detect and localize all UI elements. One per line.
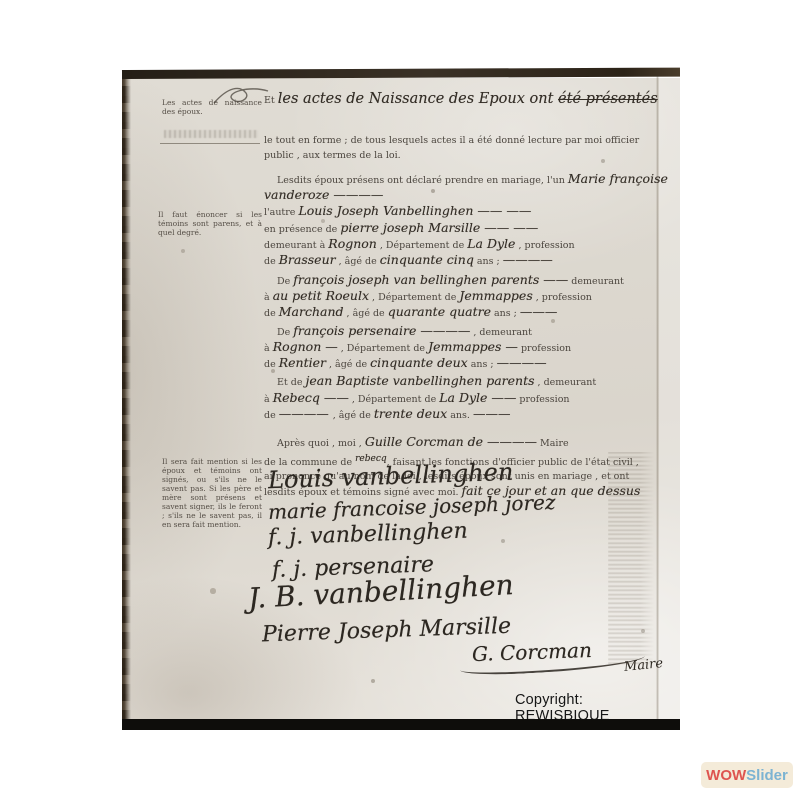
document-line: Lesdits époux présens ont déclaré prendr… — [264, 172, 668, 188]
margin-note-temoins: Il faut énoncer si les témoins sont pare… — [158, 210, 262, 237]
handwritten-text: Marie françoise — [568, 171, 668, 186]
handwritten-text: Rentier — [279, 355, 326, 370]
document-line: Après quoi , moi , Guille Corcman de ———… — [264, 435, 668, 451]
document-line: de Rentier , âgé de cinquante deux ans ;… — [264, 356, 668, 372]
printed-text: de — [264, 308, 279, 319]
handwritten-text: les actes de Naissance des Epoux ont — [278, 91, 558, 107]
printed-text: profession — [516, 394, 569, 405]
document-scan: Les actes de naissance des époux. Il fau… — [122, 70, 680, 730]
document-line: de ———— , âgé de trente deux ans. ——— — [264, 407, 668, 423]
printed-text: , âgé de — [333, 410, 374, 421]
handwritten-text: ———— — [279, 406, 333, 421]
handwritten-text: trente deux — [374, 406, 447, 421]
printed-text: profession — [518, 343, 571, 354]
handwritten-text: Marchand — [279, 304, 344, 319]
document-line: public , aux termes de la loi. — [264, 149, 668, 163]
handwritten-text: La Dyle —— — [439, 390, 516, 405]
handwritten-text: jean Baptiste vanbellinghen parents — [306, 373, 535, 388]
handwritten-text: Rognon — — [273, 339, 338, 354]
document-line: De françois persenaire ———— , demeurant — [264, 324, 668, 340]
document-line: en présence de pierre joseph Marsille ——… — [264, 221, 668, 237]
printed-text: à — [264, 394, 273, 405]
printed-text: public , aux termes de la loi. — [264, 150, 401, 161]
document-line: vanderoze ———— — [264, 188, 668, 204]
watermark-slider: Slider — [746, 767, 788, 784]
printed-text: Lesdits époux présens ont déclaré prendr… — [277, 175, 568, 186]
printed-text: De — [277, 276, 293, 287]
printed-text: Et — [264, 95, 278, 106]
paper-ragged-edge — [122, 70, 131, 730]
printed-text: , Département de — [349, 394, 439, 405]
printed-text: De — [277, 327, 293, 338]
printed-text: ans ; — [491, 308, 520, 319]
document-line: à au petit Roeulx , Département de Jemma… — [264, 289, 668, 305]
document-line: demeurant à Rognon , Département de La D… — [264, 237, 668, 253]
printed-text: l'autre — [264, 207, 298, 218]
printed-text: à — [264, 292, 273, 303]
document-line: l'autre Louis Joseph Vanbellinghen —— —— — [264, 204, 668, 220]
handwritten-text: pierre joseph Marsille —— —— — [340, 220, 538, 235]
wowslider-watermark[interactable]: WOWSlider — [701, 762, 793, 788]
printed-text: , âgé de — [344, 308, 388, 319]
printed-text: de — [264, 410, 279, 421]
handwritten-text: La Dyle — [467, 236, 515, 251]
bleedthrough-underline — [160, 143, 260, 144]
document-line: Et de jean Baptiste vanbellinghen parent… — [264, 374, 668, 390]
handwritten-text: vanderoze ———— — [264, 187, 383, 202]
handwritten-text: Louis Joseph Vanbellinghen —— —— — [298, 203, 531, 218]
document-line: De françois joseph van bellinghen parent… — [264, 273, 668, 289]
printed-text: , Département de — [377, 240, 467, 251]
handwritten-text: quarante quatre — [388, 304, 491, 319]
printed-text: , demeurant — [470, 327, 532, 338]
handwritten-text: françois joseph van bellinghen parents —… — [293, 272, 568, 287]
handwritten-text: au petit Roeulx — [273, 288, 369, 303]
handwritten-text: Jemmappes — — [428, 339, 518, 354]
printed-text: , Département de — [369, 292, 459, 303]
printed-text: , demeurant — [535, 377, 597, 388]
printed-text: demeurant à — [264, 240, 328, 251]
handwritten-text: cinquante deux — [370, 355, 468, 370]
printed-text: en présence de — [264, 224, 340, 235]
document-line: de Marchand , âgé de quarante quatre ans… — [264, 305, 668, 321]
printed-text: Et de — [277, 377, 306, 388]
printed-text: , âgé de — [336, 256, 380, 267]
handwritten-text: Guille Corcman de ———— — [365, 434, 537, 449]
bleedthrough-column — [608, 452, 654, 667]
scan-bottom-edge — [122, 719, 680, 730]
handwritten-text: Brasseur — [279, 252, 336, 267]
handwritten-text: françois persenaire ———— — [293, 323, 470, 338]
handwritten-text: Jemmappes — [459, 288, 532, 303]
document-line: Et les actes de Naissance des Epoux ont … — [264, 92, 668, 108]
margin-note-mention: Il sera fait mention si les époux et tém… — [162, 457, 262, 529]
printed-text: de — [264, 256, 279, 267]
document-lines: Et les actes de Naissance des Epoux ont … — [264, 92, 668, 501]
handwritten-text: ——— — [520, 304, 558, 319]
printed-text: , âgé de — [326, 359, 370, 370]
document-line: à Rognon — , Département de Jemmappes — … — [264, 340, 668, 356]
printed-text: ans ; — [468, 359, 497, 370]
gallery-stage: Les actes de naissance des époux. Il fau… — [0, 0, 800, 800]
printed-text: , profession — [533, 292, 592, 303]
printed-text: Après quoi , moi , — [277, 438, 365, 449]
document-line: le tout en forme ; de tous lesquels acte… — [264, 134, 668, 148]
document-line: à Rebecq —— , Département de La Dyle —— … — [264, 391, 668, 407]
printed-text: , profession — [515, 240, 574, 251]
document-line: de Brasseur , âgé de cinquante cinq ans … — [264, 253, 668, 269]
bleedthrough-text-strip — [164, 130, 258, 138]
handwritten-text: Rebecq —— — [273, 390, 349, 405]
handwritten-text: ———— — [497, 355, 547, 370]
printed-text: de — [264, 359, 279, 370]
printed-text: ans. — [447, 410, 473, 421]
handwritten-text: ———— — [503, 252, 553, 267]
handwritten-text: cinquante cinq — [380, 252, 474, 267]
printed-text: ans ; — [474, 256, 503, 267]
handwritten-text: ——— — [473, 406, 511, 421]
printed-text: le tout en forme ; de tous lesquels acte… — [264, 135, 639, 146]
printed-text: demeurant — [568, 276, 624, 287]
handwritten-text: été présentés — [558, 91, 658, 107]
handwritten-text: Rognon — [328, 236, 377, 251]
printed-text: , Département de — [338, 343, 428, 354]
printed-text: Maire — [537, 438, 569, 449]
printed-text: à — [264, 343, 273, 354]
watermark-wow: WOW — [706, 767, 746, 784]
